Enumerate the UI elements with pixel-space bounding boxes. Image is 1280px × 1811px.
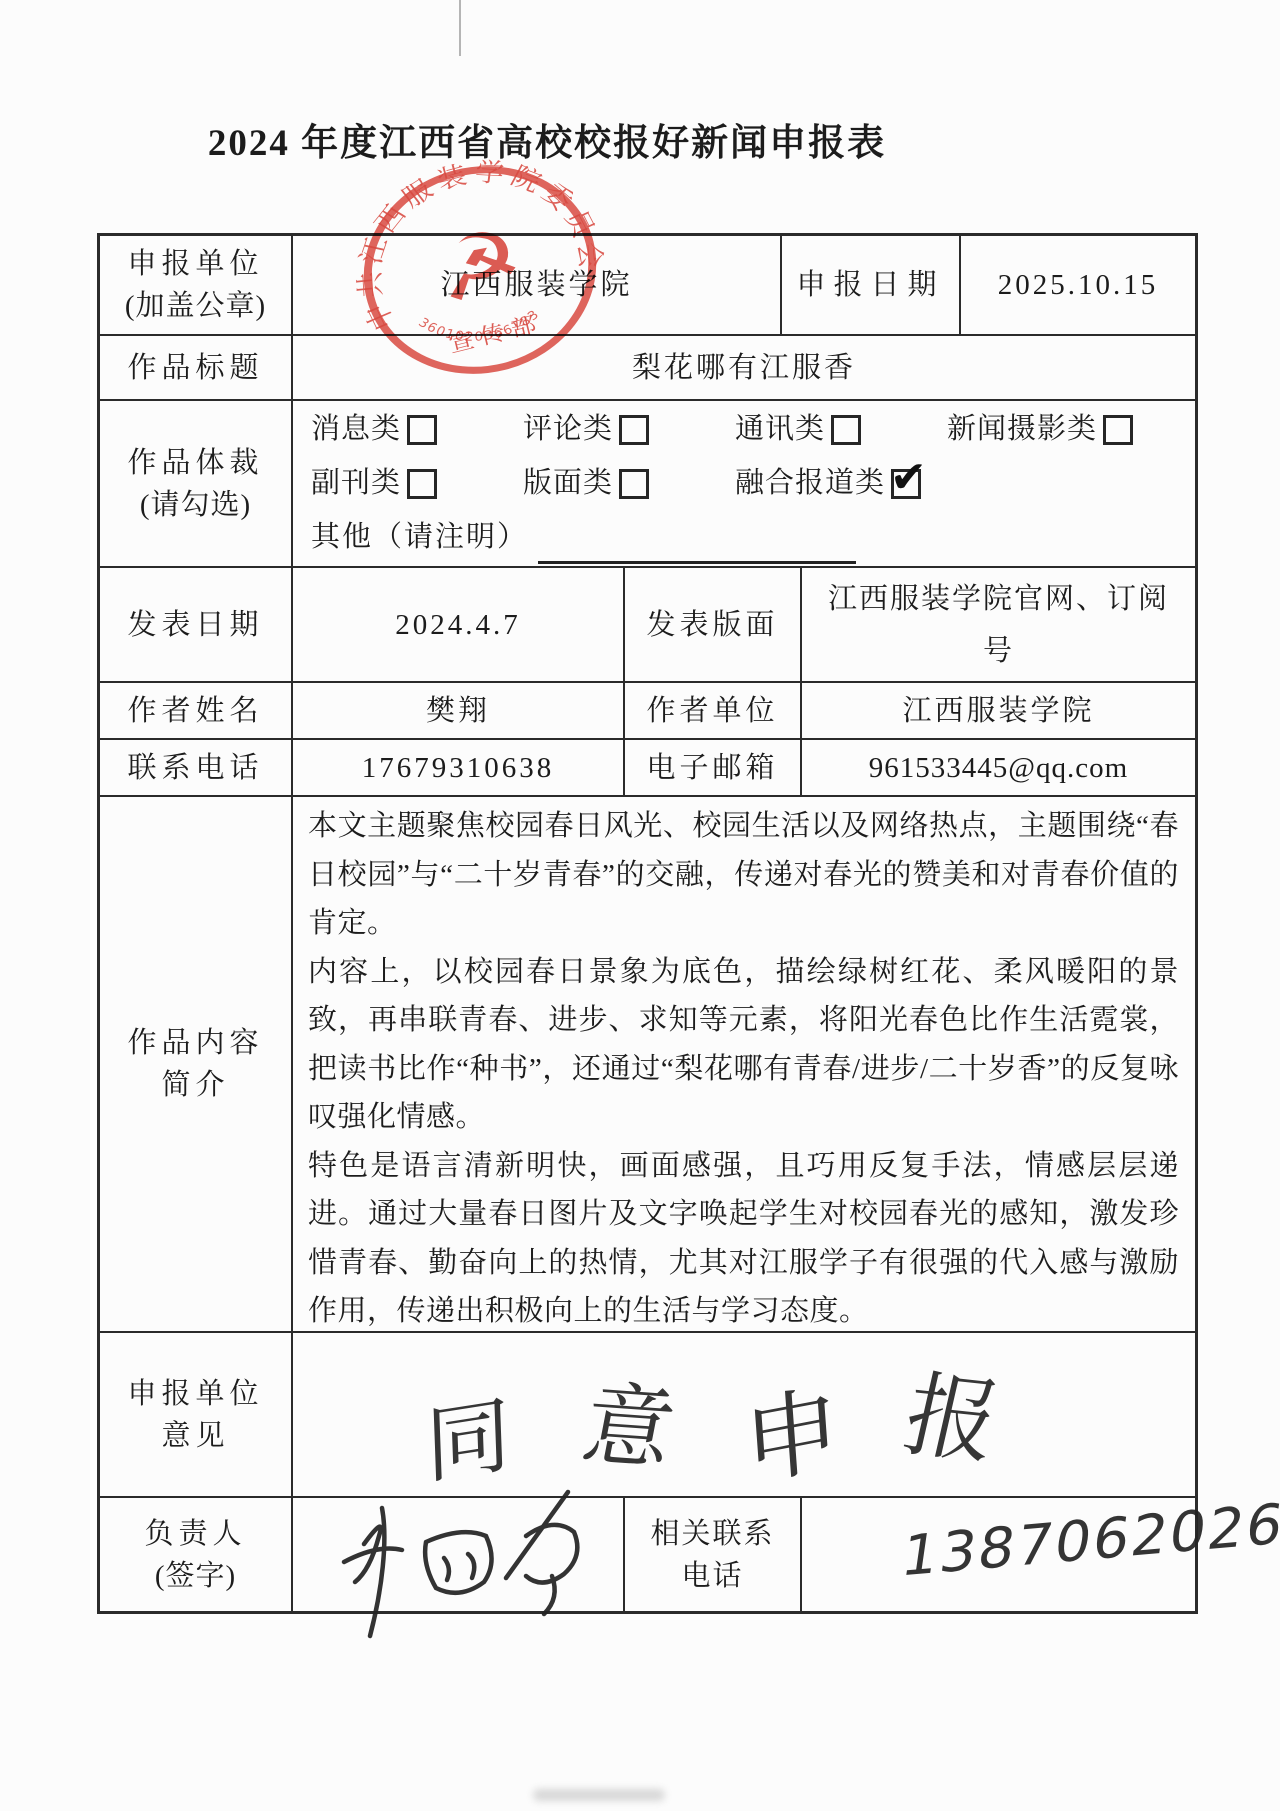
checkbox-checked: ✔ (891, 469, 921, 499)
genre-options-line1: 消息类 评论类 通讯类 新闻摄影类 (311, 402, 1133, 456)
genre-option: 新闻摄影类 (947, 402, 1133, 456)
row-publish: 发表日期 2024.4.7 发表版面 江西服装学院官网、订阅号 (100, 568, 1195, 683)
summary-label: 作品内容 简介 (100, 797, 293, 1331)
checkbox-unchecked (1103, 415, 1133, 445)
hammer-sickle-icon: ☭ (425, 208, 532, 324)
email-label: 电子邮箱 (625, 740, 802, 795)
genre-options-line2: 副刊类 版面类 融合报道类 ✔ (311, 456, 921, 510)
unit-opinion-label: 申报单位 意见 (100, 1333, 293, 1496)
checkbox-unchecked (407, 469, 437, 499)
genre-option: 通讯类 (735, 402, 861, 456)
scan-artifact-line (459, 0, 461, 56)
checkbox-unchecked (407, 415, 437, 445)
contact-phone-value: 17679310638 (293, 740, 625, 795)
scan-artifact-smudge (533, 1789, 665, 1801)
row-author: 作者姓名 樊翔 作者单位 江西服装学院 (100, 683, 1195, 740)
genre-option: 版面类 (523, 456, 649, 510)
row-genre: 作品体裁 (请勾选) 消息类 评论类 通讯类 (100, 401, 1195, 568)
responsible-label: 负责人 (签字) (100, 1498, 293, 1611)
declare-date-label: 申报日期 (782, 236, 961, 334)
author-unit-value: 江西服装学院 (802, 683, 1195, 738)
work-title-label: 作品标题 (100, 336, 293, 399)
contact-phone-label: 联系电话 (100, 740, 293, 795)
genre-option: 评论类 (523, 402, 649, 456)
genre-other: 其他（请注明） (311, 510, 856, 564)
genre-options: 消息类 评论类 通讯类 新闻摄影类 (293, 401, 1195, 566)
summary-paragraph: 特色是语言清新明快，画面感强，且巧用反复手法，情感层层递进。通过大量春日图片及文… (308, 1142, 1179, 1336)
genre-option-selected: 融合报道类 ✔ (735, 456, 921, 510)
summary-paragraph: 本文主题聚焦校园春日风光、校园生活以及网络热点，主题围绕“春日校园”与“二十岁青… (308, 802, 1179, 948)
author-unit-label: 作者单位 (625, 683, 802, 738)
genre-option: 消息类 (311, 402, 437, 456)
author-name-value: 樊翔 (293, 683, 625, 738)
publish-date-value: 2024.4.7 (293, 568, 625, 681)
genre-option: 副刊类 (311, 456, 437, 510)
scanned-form-page: 2024 年度江西省高校校报好新闻申报表 申报单位 (加盖公章) 江西服装学院 … (0, 0, 1280, 1811)
publish-date-label: 发表日期 (100, 568, 293, 681)
checkbox-unchecked (619, 415, 649, 445)
email-value: 961533445@qq.com (802, 740, 1195, 795)
related-phone-label: 相关联系 电话 (625, 1498, 802, 1611)
checkbox-unchecked (831, 415, 861, 445)
summary-paragraph: 内容上，以校园春日景象为底色，描绘绿树红花、柔风暖阳的景致，再串联青春、进步、求… (308, 948, 1179, 1142)
responsible-signature-scribble (330, 1478, 640, 1648)
blank-underline (538, 521, 856, 564)
checkbox-unchecked (619, 469, 649, 499)
publish-page-value: 江西服装学院官网、订阅号 (802, 568, 1195, 681)
row-summary: 作品内容 简介 本文主题聚焦校园春日风光、校园生活以及网络热点，主题围绕“春日校… (100, 797, 1195, 1333)
summary-text: 本文主题聚焦校园春日风光、校园生活以及网络热点，主题围绕“春日校园”与“二十岁青… (293, 797, 1195, 1331)
declare-date-value: 2025.10.15 (961, 236, 1195, 334)
author-name-label: 作者姓名 (100, 683, 293, 738)
declare-unit-label: 申报单位 (加盖公章) (100, 236, 293, 334)
check-icon: ✔ (890, 456, 928, 500)
row-declare-unit: 申报单位 (加盖公章) 江西服装学院 申报日期 2025.10.15 (100, 236, 1195, 336)
genre-label: 作品体裁 (请勾选) (100, 401, 293, 566)
row-contact: 联系电话 17679310638 电子邮箱 961533445@qq.com (100, 740, 1195, 797)
publish-page-label: 发表版面 (625, 568, 802, 681)
row-work-title: 作品标题 梨花哪有江服香 (100, 336, 1195, 401)
